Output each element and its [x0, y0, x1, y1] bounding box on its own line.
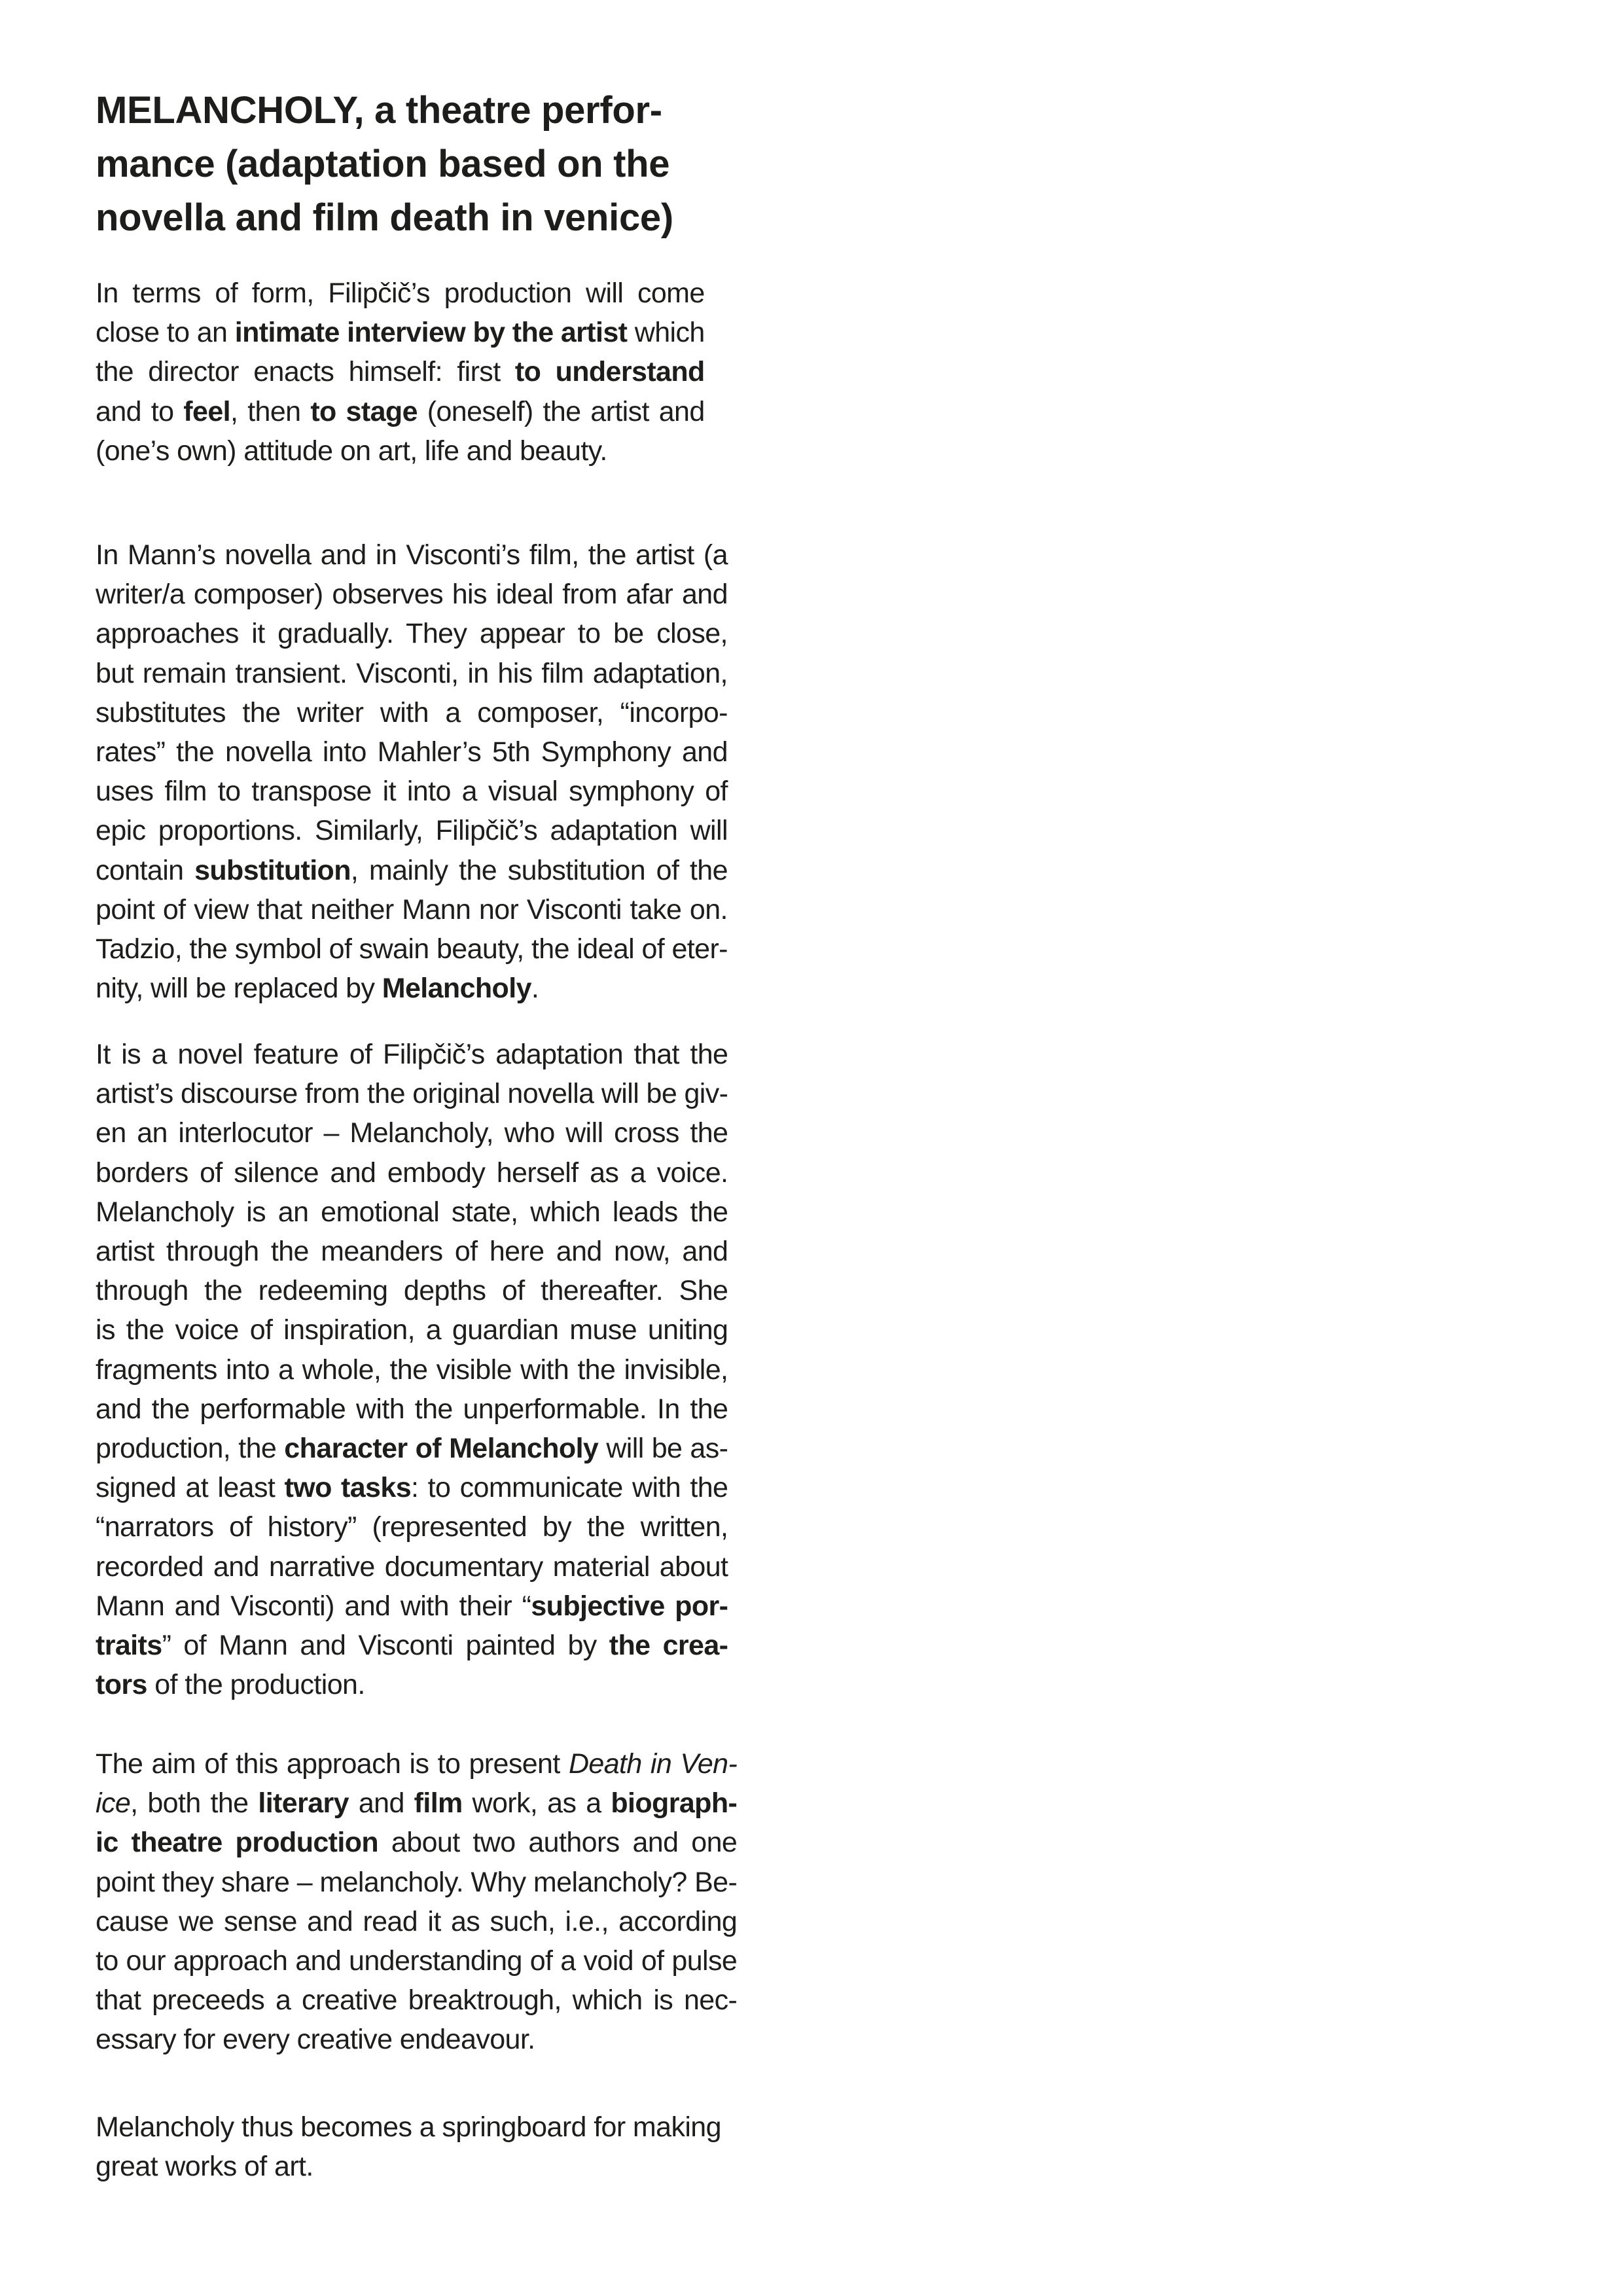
text-run: The aim of this approach is to present: [96, 1748, 569, 1780]
emphasis-bold: the crea-: [609, 1630, 728, 1661]
emphasis-bold: biograph-: [611, 1787, 737, 1819]
text-run: , both the: [130, 1787, 258, 1819]
emphasis-bold: character of Melancholy: [284, 1433, 598, 1464]
text-run: .: [531, 973, 539, 1004]
text-line: In Mann’s novella and in Visconti’s film…: [96, 535, 728, 575]
text-column: MELANCHOLY, a theatre perfor- mance (ada…: [96, 84, 789, 245]
text-line: rates” the novella into Mahler’s 5th Sym…: [96, 732, 728, 772]
text-line: approaches it gradually. They appear to …: [96, 614, 728, 653]
text-line: Melancholy thus becomes a springboard fo…: [96, 2108, 721, 2147]
text-line: is the voice of inspiration, a guardian …: [96, 1310, 728, 1350]
text-run: point they share – melancholy. Why melan…: [96, 1867, 737, 1898]
text-line: artist through the meanders of here and …: [96, 1232, 728, 1271]
text-line: signed at least two tasks: to communicat…: [96, 1468, 728, 1507]
text-line: Mann and Visconti) and with their “subje…: [96, 1587, 728, 1626]
text-run: : to communicate with the: [411, 1472, 728, 1503]
text-line: and to feel, then to stage (oneself) the…: [96, 392, 705, 431]
text-run: It is a novel feature of Filipčič’s adap…: [96, 1039, 728, 1070]
emphasis-italic: Death in Ven-: [569, 1748, 737, 1780]
text-run: is the voice of inspiration, a guardian …: [96, 1314, 728, 1346]
text-line: great works of art.: [96, 2147, 721, 2186]
text-line: that preceeds a creative breaktrough, wh…: [96, 1981, 737, 2020]
text-line: It is a novel feature of Filipčič’s adap…: [96, 1035, 728, 1074]
text-run: Mann and Visconti) and with their “: [96, 1590, 531, 1622]
text-run: ” of Mann and Visconti painted by: [162, 1630, 609, 1661]
text-line: close to an intimate interview by the ar…: [96, 313, 705, 352]
text-run: through the redeeming depths of thereaft…: [96, 1275, 728, 1306]
text-run: the director enacts himself: first: [96, 356, 515, 387]
emphasis-bold: feel: [183, 396, 230, 427]
text-run: writer/a composer) observes his ideal fr…: [96, 579, 728, 610]
text-line: production, the character of Melancholy …: [96, 1429, 728, 1468]
title-line: mance (adaptation based on the: [96, 137, 789, 191]
text-line: the director enacts himself: first to un…: [96, 352, 705, 391]
paragraph-springboard: Melancholy thus becomes a springboard fo…: [96, 2108, 721, 2186]
document-page: MELANCHOLY, a theatre perfor- mance (ada…: [0, 0, 1623, 2296]
text-run: cause we sense and read it as such, i.e.…: [96, 1906, 737, 1937]
text-line: uses film to transpose it into a visual …: [96, 772, 728, 811]
emphasis-bold: two tasks: [285, 1472, 412, 1503]
text-line: epic proportions. Similarly, Filipčič’s …: [96, 811, 728, 850]
text-line: and the performable with the unperformab…: [96, 1390, 728, 1429]
text-run: but remain transient. Visconti, in his f…: [96, 658, 728, 689]
emphasis-bold: literary: [258, 1787, 349, 1819]
text-line: substitutes the writer with a composer, …: [96, 693, 728, 732]
text-line: essary for every creative endeavour.: [96, 2020, 737, 2059]
text-run: to our approach and understanding of a v…: [96, 1945, 737, 1977]
text-line: to our approach and understanding of a v…: [96, 1941, 737, 1981]
text-line: fragments into a whole, the visible with…: [96, 1350, 728, 1390]
text-run: of the production.: [147, 1669, 365, 1700]
text-line: (one’s own) attitude on art, life and be…: [96, 431, 705, 471]
text-run: about two authors and one: [378, 1827, 737, 1858]
text-run: , mainly the substitution of the: [351, 855, 728, 886]
text-line: ice, both the literary and film work, as…: [96, 1784, 737, 1823]
title-line: MELANCHOLY, a theatre perfor-: [96, 84, 789, 137]
text-run: artist through the meanders of here and …: [96, 1236, 728, 1267]
text-run: Melancholy is an emotional state, which …: [96, 1196, 728, 1228]
text-run: close to an: [96, 317, 235, 348]
emphasis-bold: subjective por-: [531, 1590, 728, 1622]
text-line: contain substitution, mainly the substit…: [96, 851, 728, 890]
paragraph-mann-visconti: In Mann’s novella and in Visconti’s film…: [96, 535, 728, 1008]
text-line: point they share – melancholy. Why melan…: [96, 1863, 737, 1902]
text-line: “narrators of history” (represented by t…: [96, 1507, 728, 1547]
text-run: borders of silence and embody herself as…: [96, 1157, 728, 1189]
text-run: fragments into a whole, the visible with…: [96, 1354, 728, 1386]
text-line: nity, will be replaced by Melancholy.: [96, 969, 728, 1008]
text-line: The aim of this approach is to present D…: [96, 1744, 737, 1784]
emphasis-bold: film: [414, 1787, 463, 1819]
text-run: contain: [96, 855, 194, 886]
text-run: and: [349, 1787, 414, 1819]
text-run: In Mann’s novella and in Visconti’s film…: [96, 539, 728, 571]
text-line: point of view that neither Mann nor Visc…: [96, 890, 728, 929]
text-run: substitutes the writer with a composer, …: [96, 697, 728, 728]
text-line: artist’s discourse from the original nov…: [96, 1074, 728, 1113]
text-run: approaches it gradually. They appear to …: [96, 618, 728, 649]
text-run: , then: [230, 396, 310, 427]
emphasis-bold: to stage: [310, 396, 418, 427]
text-run: “narrators of history” (represented by t…: [96, 1511, 728, 1543]
text-run: production, the: [96, 1433, 284, 1464]
text-line: ic theatre production about two authors …: [96, 1823, 737, 1862]
emphasis-italic: ice: [96, 1787, 130, 1819]
text-run: en an interlocutor – Melancholy, who wil…: [96, 1117, 728, 1149]
text-line: traits” of Mann and Visconti painted by …: [96, 1626, 728, 1665]
paragraph-form: In terms of form, Filipčič’s production …: [96, 274, 705, 471]
emphasis-bold: traits: [96, 1630, 162, 1661]
emphasis-bold: to understand: [515, 356, 705, 387]
text-run: epic proportions. Similarly, Filipčič’s …: [96, 815, 728, 846]
text-run: Melancholy thus becomes a springboard fo…: [96, 2111, 721, 2143]
emphasis-bold: substitution: [194, 855, 351, 886]
text-run: In terms of form, Filipčič’s production …: [96, 278, 705, 309]
emphasis-bold: tors: [96, 1669, 147, 1700]
text-line: through the redeeming depths of thereaft…: [96, 1271, 728, 1310]
text-line: en an interlocutor – Melancholy, who wil…: [96, 1113, 728, 1153]
text-run: great works of art.: [96, 2151, 313, 2182]
emphasis-bold: intimate interview by the artist: [235, 317, 628, 348]
text-run: and to: [96, 396, 183, 427]
emphasis-bold: Melancholy: [382, 973, 531, 1004]
text-run: (oneself) the artist and: [418, 396, 705, 427]
paragraph-aim: The aim of this approach is to present D…: [96, 1744, 737, 2060]
text-run: uses film to transpose it into a visual …: [96, 776, 728, 807]
text-line: tors of the production.: [96, 1665, 728, 1704]
text-run: signed at least: [96, 1472, 285, 1503]
text-run: artist’s discourse from the original nov…: [96, 1078, 728, 1109]
text-run: that preceeds a creative breaktrough, wh…: [96, 1984, 737, 2016]
text-run: Tadzio, the symbol of swain beauty, the …: [96, 933, 728, 965]
text-line: Melancholy is an emotional state, which …: [96, 1193, 728, 1232]
text-line: but remain transient. Visconti, in his f…: [96, 654, 728, 693]
text-run: will be as-: [598, 1433, 728, 1464]
paragraph-novel-feature: It is a novel feature of Filipčič’s adap…: [96, 1035, 728, 1704]
text-line: In terms of form, Filipčič’s production …: [96, 274, 705, 313]
text-line: borders of silence and embody herself as…: [96, 1153, 728, 1193]
text-run: nity, will be replaced by: [96, 973, 382, 1004]
text-line: writer/a composer) observes his ideal fr…: [96, 575, 728, 614]
text-run: and the performable with the unperformab…: [96, 1393, 728, 1425]
page-title: MELANCHOLY, a theatre perfor- mance (ada…: [96, 84, 789, 245]
text-line: cause we sense and read it as such, i.e.…: [96, 1902, 737, 1941]
text-run: rates” the novella into Mahler’s 5th Sym…: [96, 736, 728, 768]
text-line: Tadzio, the symbol of swain beauty, the …: [96, 929, 728, 969]
text-run: work, as a: [463, 1787, 611, 1819]
text-line: recorded and narrative documentary mater…: [96, 1547, 728, 1587]
emphasis-bold: ic theatre production: [96, 1827, 378, 1858]
text-run: (one’s own) attitude on art, life and be…: [96, 435, 607, 467]
text-run: which: [627, 317, 704, 348]
text-run: essary for every creative endeavour.: [96, 2024, 535, 2055]
text-run: recorded and narrative documentary mater…: [96, 1551, 728, 1583]
text-run: point of view that neither Mann nor Visc…: [96, 894, 728, 925]
title-line: novella and film death in venice): [96, 191, 789, 245]
